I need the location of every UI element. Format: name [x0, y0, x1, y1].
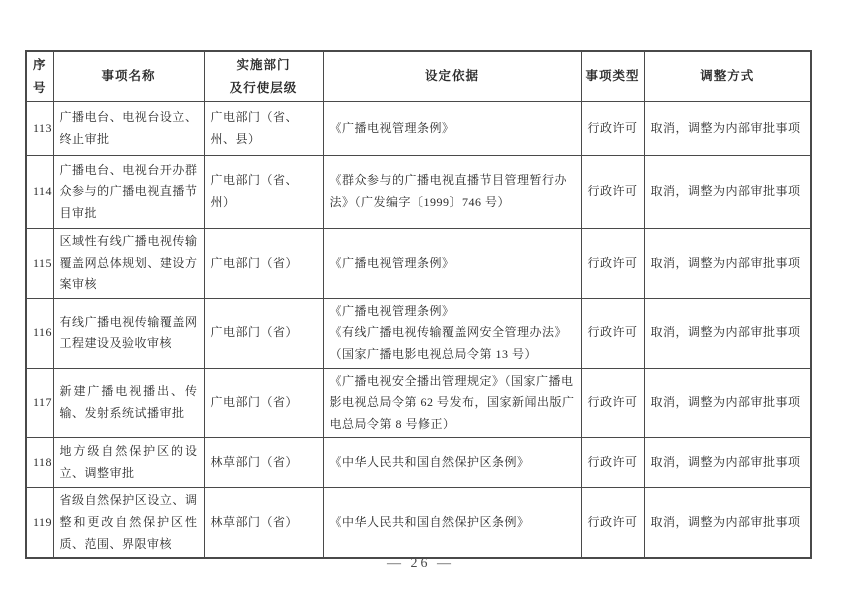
table-row: 115 区域性有线广播电视传输覆盖网总体规划、建设方案审核 广电部门（省） 《广…	[26, 229, 811, 299]
cell-adjustment: 取消，调整为内部审批事项	[644, 438, 811, 488]
cell-index: 116	[26, 298, 53, 368]
cell-index: 113	[26, 102, 53, 156]
cell-department: 广电部门（省）	[204, 298, 323, 368]
cell-item-type: 行政许可	[581, 156, 644, 229]
table-row: 117 新建广播电视播出、传输、发射系统试播审批 广电部门（省） 《广播电视安全…	[26, 368, 811, 438]
document-page: 序号 事项名称 实施部门 及行使层级 设定依据 事项类型 调整方式 113 广播…	[0, 0, 841, 600]
cell-adjustment: 取消，调整为内部审批事项	[644, 298, 811, 368]
header-basis: 设定依据	[323, 51, 581, 102]
cell-index: 117	[26, 368, 53, 438]
table-row: 114 广播电台、电视台开办群众参与的广播电视直播节目审批 广电部门（省、州） …	[26, 156, 811, 229]
cell-basis: 《广播电视管理条例》 《有线广播电视传输覆盖网安全管理办法》（国家广播电影电视总…	[323, 298, 581, 368]
cell-department: 林草部门（省）	[204, 488, 323, 558]
header-department: 实施部门 及行使层级	[204, 51, 323, 102]
cell-item-name: 新建广播电视播出、传输、发射系统试播审批	[53, 368, 204, 438]
cell-index: 114	[26, 156, 53, 229]
cell-item-name: 广播电台、电视台开办群众参与的广播电视直播节目审批	[53, 156, 204, 229]
cell-basis: 《广播电视管理条例》	[323, 229, 581, 299]
cell-department: 广电部门（省、州、县）	[204, 102, 323, 156]
cell-adjustment: 取消，调整为内部审批事项	[644, 229, 811, 299]
cell-item-type: 行政许可	[581, 438, 644, 488]
cell-basis: 《广播电视安全播出管理规定》（国家广播电影电视总局令第 62 号发布，国家新闻出…	[323, 368, 581, 438]
cell-department: 林草部门（省）	[204, 438, 323, 488]
cell-department: 广电部门（省、州）	[204, 156, 323, 229]
header-item-type: 事项类型	[581, 51, 644, 102]
cell-adjustment: 取消，调整为内部审批事项	[644, 102, 811, 156]
table-row: 119 省级自然保护区设立、调整和更改自然保护区性质、范围、界限审核 林草部门（…	[26, 488, 811, 558]
cell-item-type: 行政许可	[581, 488, 644, 558]
cell-item-name: 广播电台、电视台设立、终止审批	[53, 102, 204, 156]
cell-basis: 《广播电视管理条例》	[323, 102, 581, 156]
cell-basis: 《群众参与的广播电视直播节目管理暂行办法》（广发编字〔1999〕746 号）	[323, 156, 581, 229]
header-item-name: 事项名称	[53, 51, 204, 102]
cell-department: 广电部门（省）	[204, 229, 323, 299]
cell-item-name: 区域性有线广播电视传输覆盖网总体规划、建设方案审核	[53, 229, 204, 299]
table-row: 118 地方级自然保护区的设立、调整审批 林草部门（省） 《中华人民共和国自然保…	[26, 438, 811, 488]
cell-adjustment: 取消，调整为内部审批事项	[644, 368, 811, 438]
cell-basis: 《中华人民共和国自然保护区条例》	[323, 438, 581, 488]
cell-item-type: 行政许可	[581, 298, 644, 368]
header-index: 序号	[26, 51, 53, 102]
table-row: 113 广播电台、电视台设立、终止审批 广电部门（省、州、县） 《广播电视管理条…	[26, 102, 811, 156]
cell-item-name: 地方级自然保护区的设立、调整审批	[53, 438, 204, 488]
cell-item-name: 省级自然保护区设立、调整和更改自然保护区性质、范围、界限审核	[53, 488, 204, 558]
cell-index: 118	[26, 438, 53, 488]
cell-index: 115	[26, 229, 53, 299]
header-row: 序号 事项名称 实施部门 及行使层级 设定依据 事项类型 调整方式	[26, 51, 811, 102]
cell-index: 119	[26, 488, 53, 558]
cell-item-type: 行政许可	[581, 102, 644, 156]
cell-department: 广电部门（省）	[204, 368, 323, 438]
cell-adjustment: 取消，调整为内部审批事项	[644, 488, 811, 558]
cell-basis: 《中华人民共和国自然保护区条例》	[323, 488, 581, 558]
cell-item-type: 行政许可	[581, 229, 644, 299]
page-number: — 26 —	[0, 556, 841, 572]
cell-item-name: 有线广播电视传输覆盖网工程建设及验收审核	[53, 298, 204, 368]
cell-adjustment: 取消，调整为内部审批事项	[644, 156, 811, 229]
approval-items-table: 序号 事项名称 实施部门 及行使层级 设定依据 事项类型 调整方式 113 广播…	[25, 50, 812, 559]
table-row: 116 有线广播电视传输覆盖网工程建设及验收审核 广电部门（省） 《广播电视管理…	[26, 298, 811, 368]
cell-item-type: 行政许可	[581, 368, 644, 438]
header-adjustment: 调整方式	[644, 51, 811, 102]
